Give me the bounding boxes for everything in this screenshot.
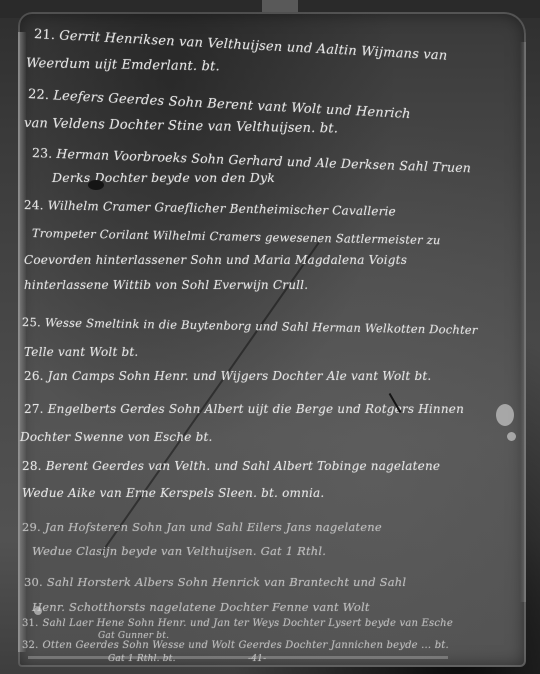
entry-23-line-2: Derks Dochter beyde von den Dyk: [52, 170, 275, 185]
entry-31-line-1: 31.Sahl Laer Hene Sohn Henr. und Jan ter…: [22, 618, 453, 629]
page-bottom-edge: [28, 656, 448, 659]
entry-number: 21.: [34, 27, 56, 43]
register-page: 21.Gerrit Henriksen van Velthuijsen und …: [18, 12, 526, 667]
entry-25-line-1: 25.Wesse Smeltink in die Buytenborg und …: [22, 315, 478, 337]
entry-28-line-2: Wedue Aike van Erne Kerspels Sleen. bt. …: [22, 486, 324, 500]
stain-spot: [496, 404, 514, 426]
entry-24-line-3: Coevorden hinterlassener Sohn und Maria …: [24, 253, 407, 267]
entry-24-line-2: Trompeter Corilant Wilhelmi Cramers gewe…: [32, 226, 441, 247]
entry-24-line-4: hinterlassene Wittib von Sohl Everwijn C…: [24, 278, 308, 292]
entry-30-line-1: 30.Sahl Horsterk Albers Sohn Henrick van…: [24, 575, 406, 589]
stain-spot: [34, 607, 42, 615]
entry-26-line-1: 26.Jan Camps Sohn Henr. und Wijgers Doch…: [24, 369, 431, 383]
entry-25-line-2: Telle vant Wolt bt.: [24, 345, 138, 359]
page-marginal-note: -41-: [248, 654, 266, 664]
entry-28-line-1: 28.Berent Geerdes van Velth. und Sahl Al…: [22, 459, 440, 473]
entry-32-annotation: Gat 1 Rthl. bt.: [108, 654, 176, 664]
entry-32-line-1: 32.Otten Geerdes Sohn Wesse und Wolt Gee…: [22, 640, 449, 651]
page-right-edge: [520, 42, 526, 602]
entry-21-line-2: Weerdum uijt Emderlant. bt.: [26, 56, 220, 74]
ink-blot: [88, 180, 104, 190]
entry-30-line-2: Henr. Schotthorsts nagelatene Dochter Fe…: [32, 600, 370, 614]
entry-22-line-2: van Veldens Dochter Stine van Velthuijse…: [24, 116, 338, 136]
entry-27-line-2: Dochter Swenne von Esche bt.: [20, 430, 213, 444]
entry-24-line-1: 24.Wilhelm Cramer Graeflicher Bentheimis…: [24, 198, 396, 218]
entry-29-line-2: Wedue Clasijn beyde van Velthuijsen. Gat…: [32, 544, 326, 558]
stain-spot: [507, 432, 516, 441]
entry-29-line-1: 29.Jan Hofsteren Sohn Jan und Sahl Eiler…: [22, 520, 382, 534]
